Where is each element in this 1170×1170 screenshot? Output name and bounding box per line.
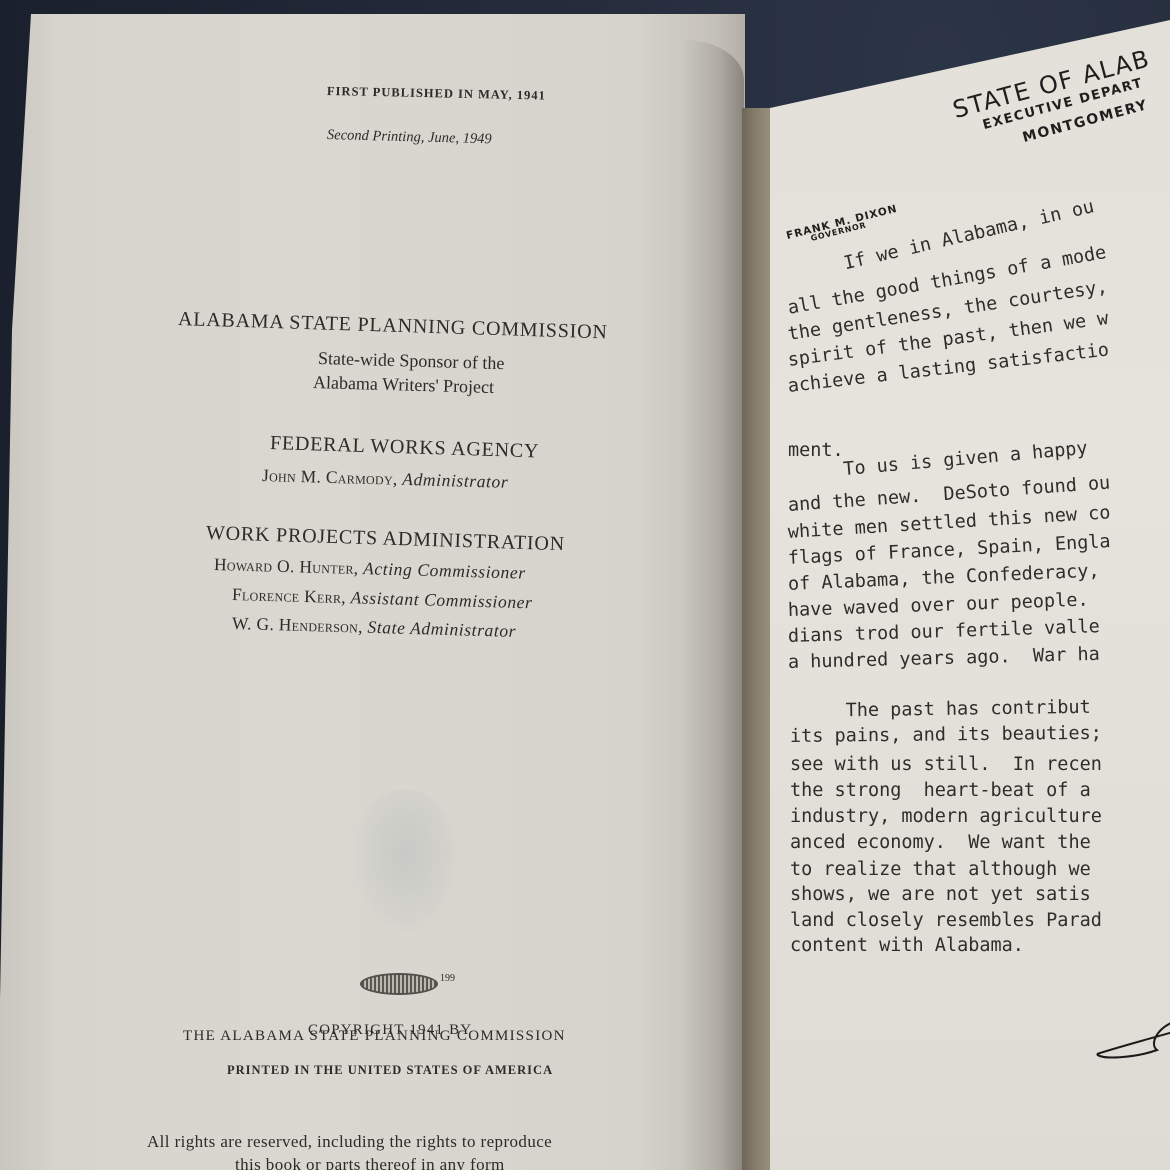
rights-line-1: All rights are reserved, including the r… xyxy=(147,1132,552,1152)
letter-line: the strong heart-beat of a xyxy=(790,782,1091,801)
book-gutter xyxy=(742,108,772,1170)
signature-icon xyxy=(1095,1020,1170,1060)
letter-line: anced economy. We want the xyxy=(790,834,1091,853)
union-label-number: 199 xyxy=(440,973,455,984)
person-role: Acting Commissioner xyxy=(363,558,526,583)
bleed-through-illustration xyxy=(355,790,455,930)
letter-line: The past has contribut xyxy=(790,699,1091,722)
letter-line: content with Alabama. xyxy=(790,937,1024,956)
union-label-icon xyxy=(360,973,438,995)
letter-line: ment. xyxy=(788,442,844,461)
printed-in-line: PRINTED IN THE UNITED STATES OF AMERICA xyxy=(227,1063,553,1078)
person-name: W. G. Henderson xyxy=(232,613,359,637)
letter-line: to realize that although we xyxy=(790,861,1091,880)
left-page-curl-shadow xyxy=(680,40,744,1170)
person-name: John M. Carmody xyxy=(262,465,394,489)
letter-line: its pains, and its beauties; xyxy=(790,725,1102,747)
left-page xyxy=(0,0,745,1170)
letter-line: industry, modern agriculture xyxy=(790,808,1102,827)
letter-line: see with us still. In recen xyxy=(790,756,1102,775)
rights-line-2: this book or parts thereof in any form xyxy=(235,1155,505,1170)
copyright-holder-text: THE ALABAMA STATE PLANNING COMMISSION xyxy=(183,1028,566,1044)
letter-line: shows, we are not yet satis xyxy=(790,886,1091,905)
person-role: Administrator xyxy=(402,469,509,492)
person-role: State Administrator xyxy=(367,617,516,641)
letter-line: land closely resembles Parad xyxy=(790,912,1102,931)
person-name: Howard O. Hunter xyxy=(214,554,354,578)
copyright-holder-line: THE ALABAMA STATE PLANNING COMMISSION xyxy=(183,1028,566,1045)
person-name: Florence Kerr xyxy=(232,584,342,607)
person-role: Assistant Commissioner xyxy=(350,587,532,612)
